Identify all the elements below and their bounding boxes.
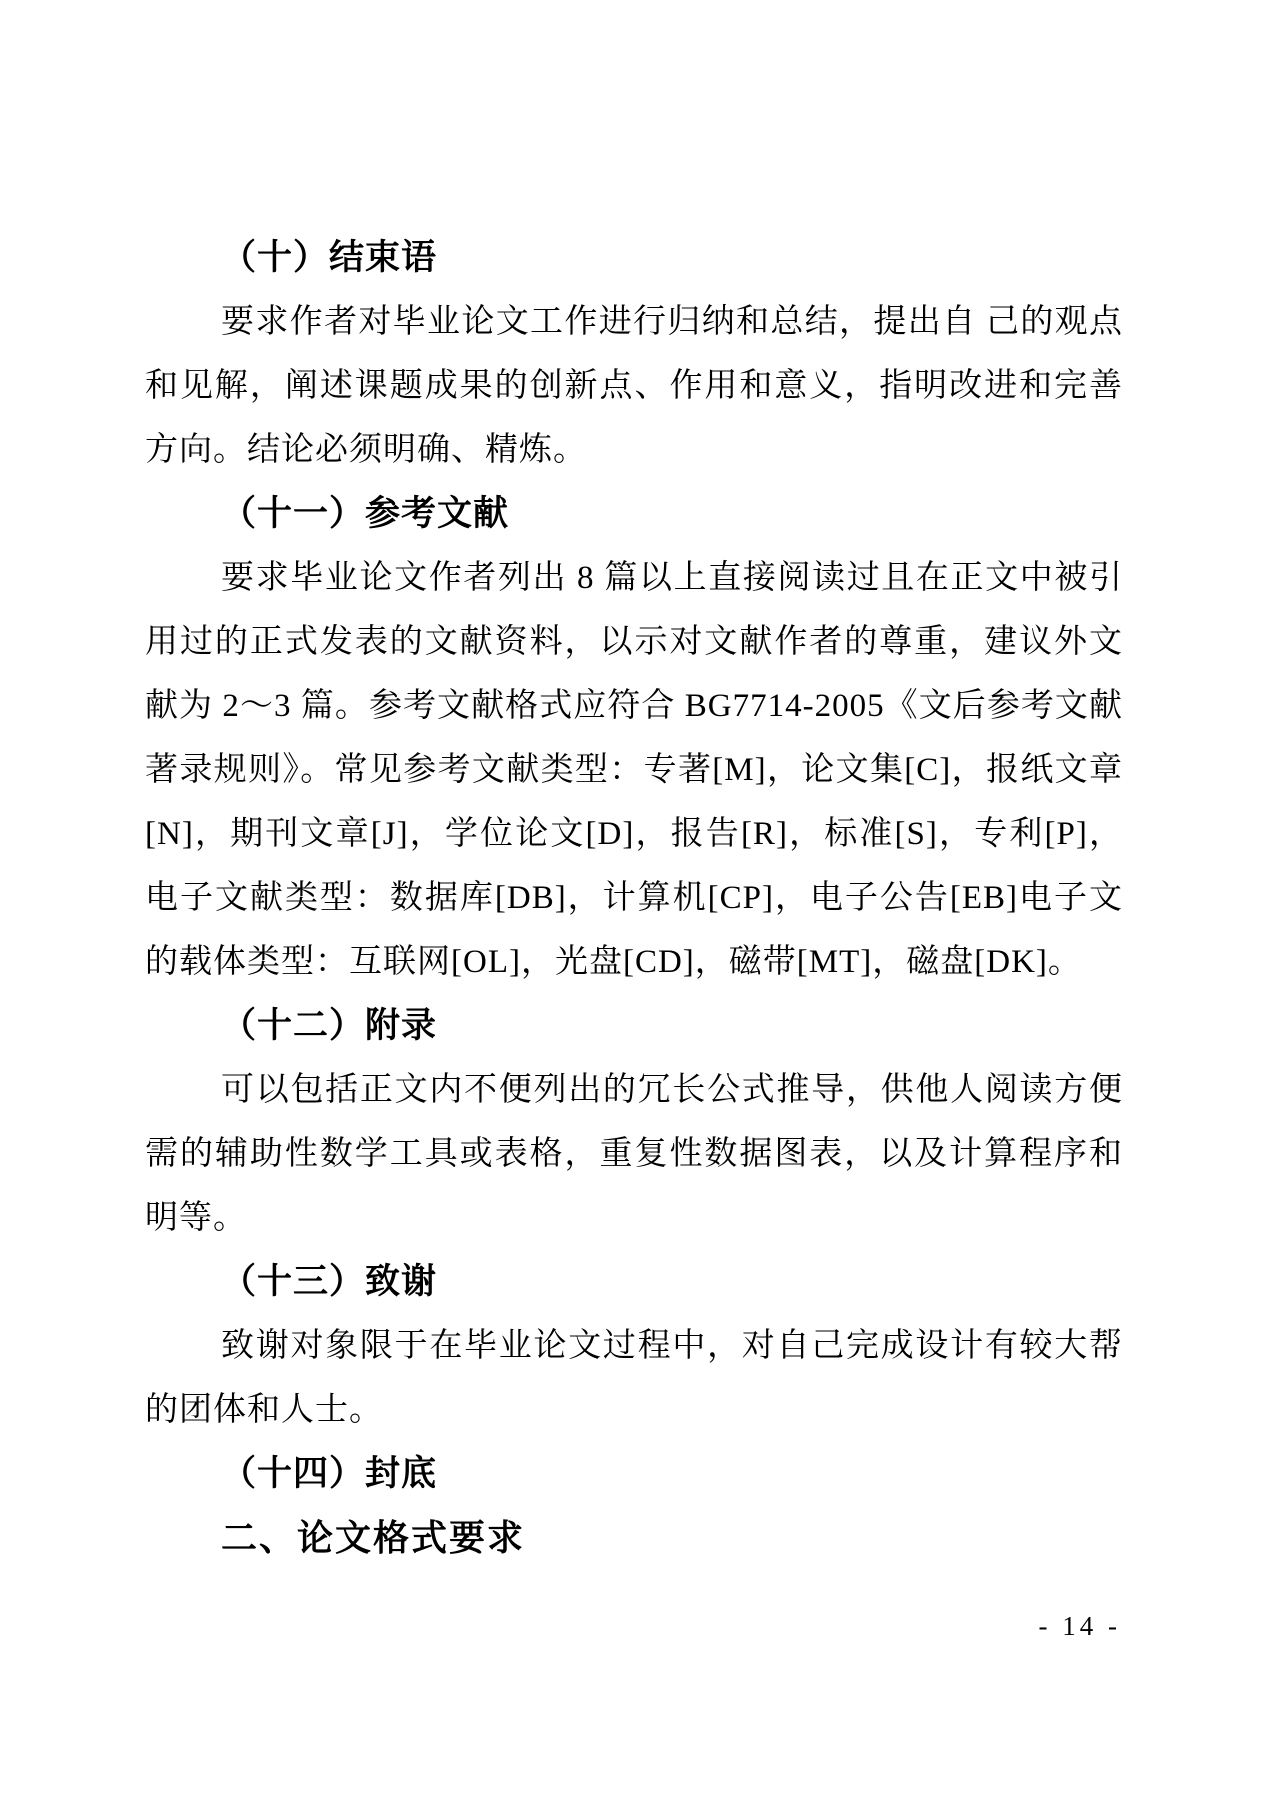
para-references-line-2: 用过的正式发表的文献资料，以示对文献作者的尊重，建议外文文 — [145, 610, 1123, 674]
para-conclusion-line-3: 方向。结论必须明确、精炼。 — [145, 418, 1123, 482]
para-appendix-line-3: 明等。 — [145, 1186, 1123, 1250]
para-acknowledgements-line-1: 致谢对象限于在毕业论文过程中，对自己完成设计有较大帮助 — [145, 1314, 1123, 1378]
para-references-line-3: 献为 2～3 篇。参考文献格式应符合 BG7714-2005《文后参考文献 — [145, 674, 1123, 738]
para-references-line-7: 的载体类型：互联网[OL]，光盘[CD]，磁带[MT]，磁盘[DK]。 — [145, 930, 1123, 994]
document-page: （十）结束语 要求作者对毕业论文工作进行归纳和总结，提出自 己的观点 和见解，阐… — [0, 0, 1273, 1800]
para-references-line-6: 电子文献类型：数据库[DB]，计算机[CP]，电子公告[EB]电子文献 — [145, 866, 1123, 930]
document-content: （十）结束语 要求作者对毕业论文工作进行归纳和总结，提出自 己的观点 和见解，阐… — [145, 226, 1123, 1570]
para-acknowledgements-line-2: 的团体和人士。 — [145, 1378, 1123, 1442]
heading-back-cover: （十四）封底 — [145, 1442, 1123, 1506]
para-references-line-4: 著录规则》。常见参考文献类型：专著[M]，论文集[C]，报纸文章 — [145, 738, 1123, 802]
heading-appendix: （十二）附录 — [145, 994, 1123, 1058]
para-conclusion-line-2: 和见解，阐述课题成果的创新点、作用和意义，指明改进和完善的 — [145, 354, 1123, 418]
heading-acknowledgements: （十三）致谢 — [145, 1250, 1123, 1314]
heading-conclusion: （十）结束语 — [145, 226, 1123, 290]
para-references-line-1: 要求毕业论文作者列出 8 篇以上直接阅读过且在正文中被引 — [145, 546, 1123, 610]
para-references-line-5: [N]，期刊文章[J]，学位论文[D]，报告[R]，标准[S]，专利[P]， — [145, 802, 1123, 866]
page-number: - 14 - — [1039, 1608, 1121, 1644]
heading-format-requirements: 二、论文格式要求 — [145, 1506, 1123, 1570]
para-appendix-line-2: 需的辅助性数学工具或表格，重复性数据图表，以及计算程序和说 — [145, 1122, 1123, 1186]
para-conclusion-line-1: 要求作者对毕业论文工作进行归纳和总结，提出自 己的观点 — [145, 290, 1123, 354]
heading-references: （十一）参考文献 — [145, 482, 1123, 546]
para-appendix-line-1: 可以包括正文内不便列出的冗长公式推导，供他人阅读方便所 — [145, 1058, 1123, 1122]
